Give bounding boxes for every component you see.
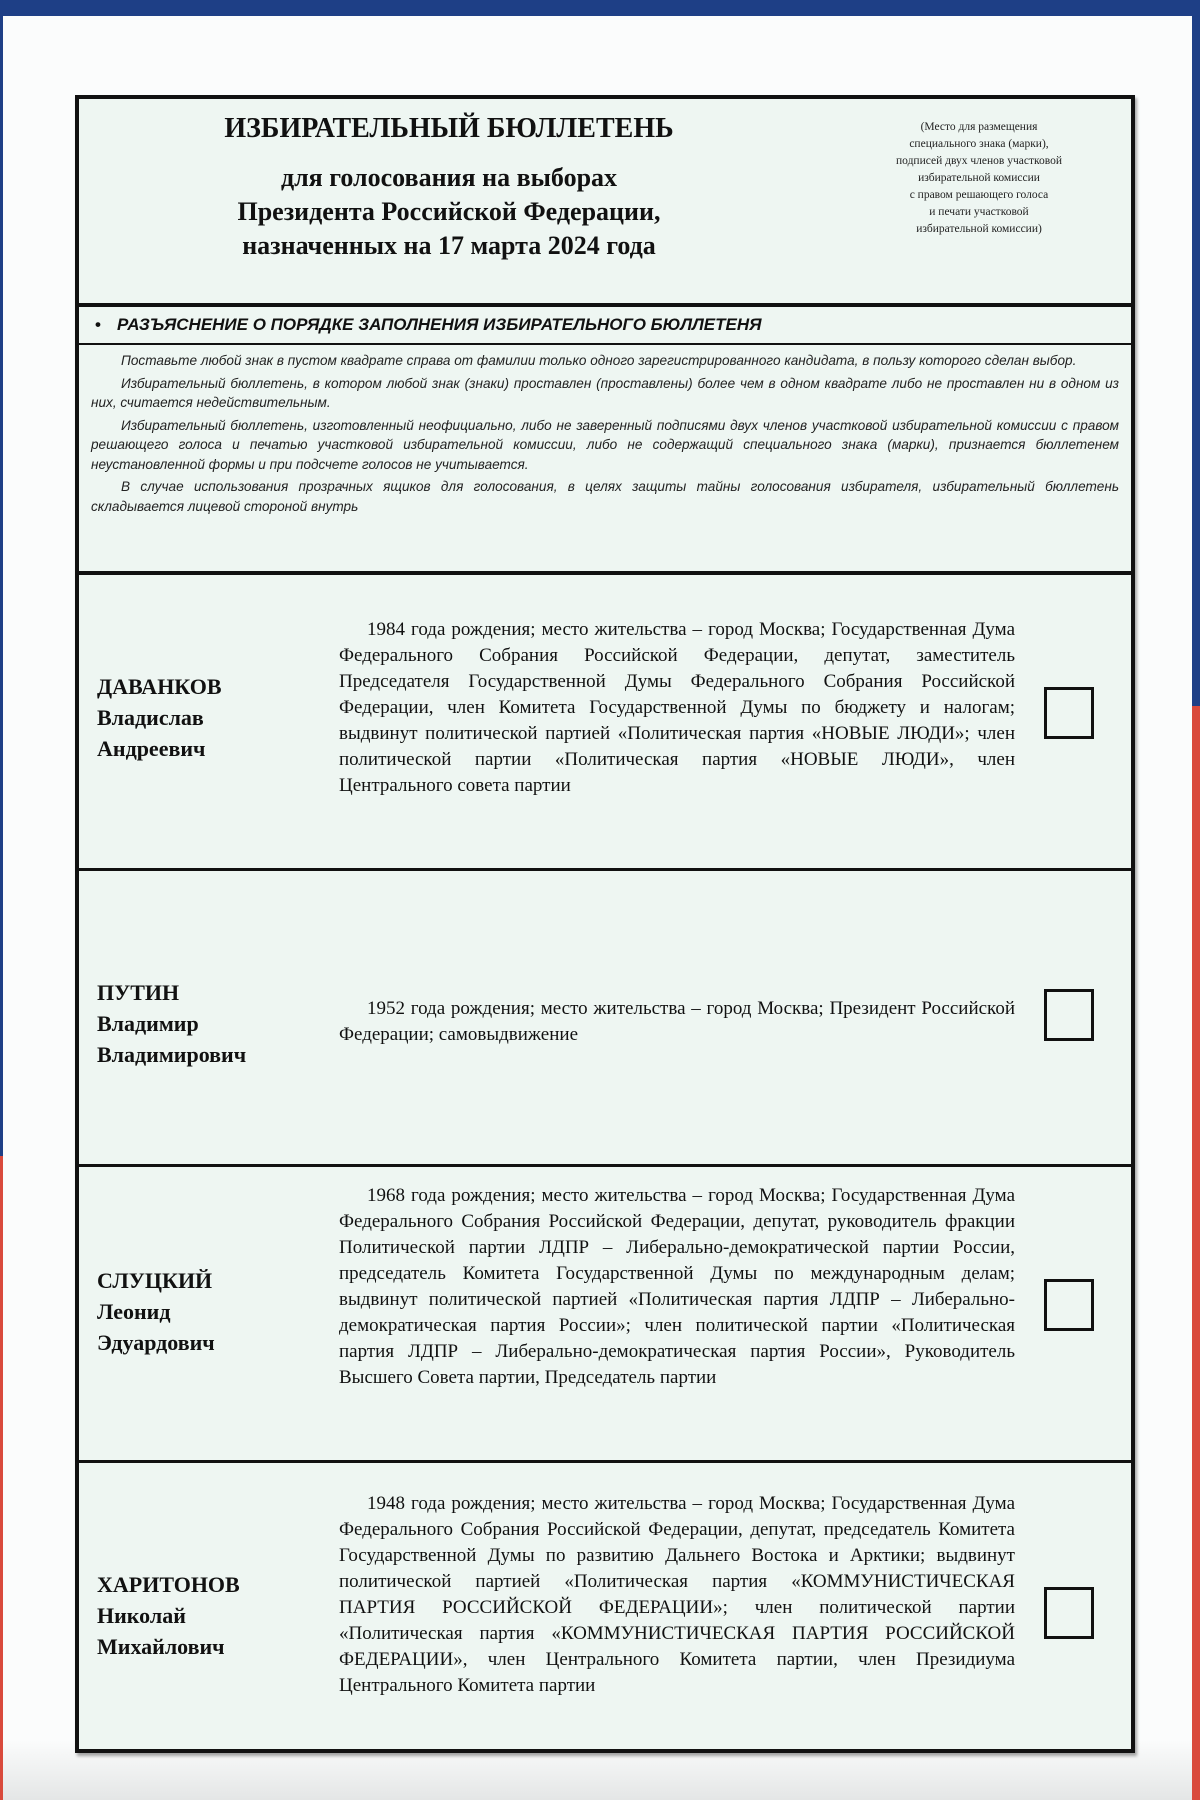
candidate-patronymic: Эдуардович bbox=[97, 1327, 297, 1358]
candidate-patronymic: Андреевич bbox=[97, 733, 297, 764]
bullet-icon: • bbox=[95, 307, 101, 343]
stamp-note-line: специального знака (марки), bbox=[869, 136, 1089, 153]
candidate-description-text: 1952 года рождения; место жительства – г… bbox=[339, 998, 1015, 1045]
vote-checkbox[interactable] bbox=[1044, 989, 1094, 1041]
candidate-row: ХАРИТОНОВ Николай Михайлович 1948 года р… bbox=[79, 1463, 1131, 1749]
candidate-first-name: Владислав bbox=[97, 702, 297, 733]
stamp-placeholder-note: (Место для размещения специального знака… bbox=[869, 119, 1089, 238]
candidate-row: ДАВАНКОВ Владислав Андреевич 1984 года р… bbox=[79, 575, 1131, 871]
candidate-surname: ДАВАНКОВ bbox=[97, 671, 297, 702]
instructions-heading-text: РАЗЪЯСНЕНИЕ О ПОРЯДКЕ ЗАПОЛНЕНИЯ ИЗБИРАТ… bbox=[117, 315, 762, 334]
stamp-note-line: и печати участковой bbox=[869, 204, 1089, 221]
candidate-description-text: 1968 года рождения; место жительства – г… bbox=[339, 1185, 1015, 1388]
candidate-surname: ПУТИН bbox=[97, 977, 297, 1008]
candidate-first-name: Леонид bbox=[97, 1296, 297, 1327]
stamp-note-line: избирательной комиссии) bbox=[869, 221, 1089, 238]
candidate-description: 1948 года рождения; место жительства – г… bbox=[339, 1491, 1015, 1699]
candidate-first-name: Владимир bbox=[97, 1008, 297, 1039]
vote-checkbox[interactable] bbox=[1044, 1279, 1094, 1331]
instruction-paragraph: Поставьте любой знак в пустом квадрате с… bbox=[91, 351, 1119, 371]
subtitle-line: Президента Российской Федерации, bbox=[199, 195, 699, 229]
candidate-first-name: Николай bbox=[97, 1600, 297, 1631]
flag-edge-blue-right bbox=[1192, 16, 1200, 706]
candidate-description-text: 1984 года рождения; место жительства – г… bbox=[339, 619, 1015, 796]
ballot-subtitle: для голосования на выборах Президента Ро… bbox=[199, 161, 699, 263]
instruction-paragraph: Избирательный бюллетень, изготовленный н… bbox=[91, 416, 1119, 475]
candidate-name: ПУТИН Владимир Владимирович bbox=[97, 977, 297, 1070]
candidate-patronymic: Михайлович bbox=[97, 1631, 297, 1662]
candidate-description-text: 1948 года рождения; место жительства – г… bbox=[339, 1493, 1015, 1696]
subtitle-line: для голосования на выборах bbox=[199, 161, 699, 195]
candidate-name: ХАРИТОНОВ Николай Михайлович bbox=[97, 1569, 297, 1662]
candidate-description: 1984 года рождения; место жительства – г… bbox=[339, 617, 1015, 799]
vote-checkbox[interactable] bbox=[1044, 1587, 1094, 1639]
ballot-title: ИЗБИРАТЕЛЬНЫЙ БЮЛЛЕТЕНЬ bbox=[219, 113, 679, 145]
subtitle-line: назначенных на 17 марта 2024 года bbox=[199, 229, 699, 263]
flag-edge-red-left bbox=[0, 1156, 3, 1800]
stamp-note-line: подписей двух членов участковой bbox=[869, 153, 1089, 170]
candidate-description: 1968 года рождения; место жительства – г… bbox=[339, 1183, 1015, 1391]
stamp-note-line: (Место для размещения bbox=[869, 119, 1089, 136]
candidate-row: СЛУЦКИЙ Леонид Эдуардович 1968 года рожд… bbox=[79, 1167, 1131, 1463]
instructions-heading: •РАЗЪЯСНЕНИЕ О ПОРЯДКЕ ЗАПОЛНЕНИЯ ИЗБИРА… bbox=[79, 307, 1131, 345]
vote-checkbox[interactable] bbox=[1044, 687, 1094, 739]
stamp-note-line: с правом решающего голоса bbox=[869, 187, 1089, 204]
candidate-patronymic: Владимирович bbox=[97, 1039, 297, 1070]
candidate-description: 1952 года рождения; место жительства – г… bbox=[339, 996, 1015, 1048]
instruction-paragraph: В случае использования прозрачных ящиков… bbox=[91, 477, 1119, 516]
instructions-body: Поставьте любой знак в пустом квадрате с… bbox=[79, 345, 1131, 575]
stamp-note-line: избирательной комиссии bbox=[869, 170, 1089, 187]
flag-blue-band bbox=[0, 0, 1200, 16]
candidate-name: ДАВАНКОВ Владислав Андреевич bbox=[97, 671, 297, 764]
instruction-paragraph: Избирательный бюллетень, в котором любой… bbox=[91, 374, 1119, 413]
ballot-paper: ИЗБИРАТЕЛЬНЫЙ БЮЛЛЕТЕНЬ для голосования … bbox=[75, 95, 1135, 1753]
candidate-row: ПУТИН Владимир Владимирович 1952 года ро… bbox=[79, 871, 1131, 1167]
flag-edge-red-right bbox=[1192, 706, 1200, 1800]
candidate-surname: СЛУЦКИЙ bbox=[97, 1265, 297, 1296]
flag-edge-blue-left bbox=[0, 16, 3, 1156]
candidate-surname: ХАРИТОНОВ bbox=[97, 1569, 297, 1600]
ballot-header: ИЗБИРАТЕЛЬНЫЙ БЮЛЛЕТЕНЬ для голосования … bbox=[79, 99, 1131, 307]
candidate-name: СЛУЦКИЙ Леонид Эдуардович bbox=[97, 1265, 297, 1358]
